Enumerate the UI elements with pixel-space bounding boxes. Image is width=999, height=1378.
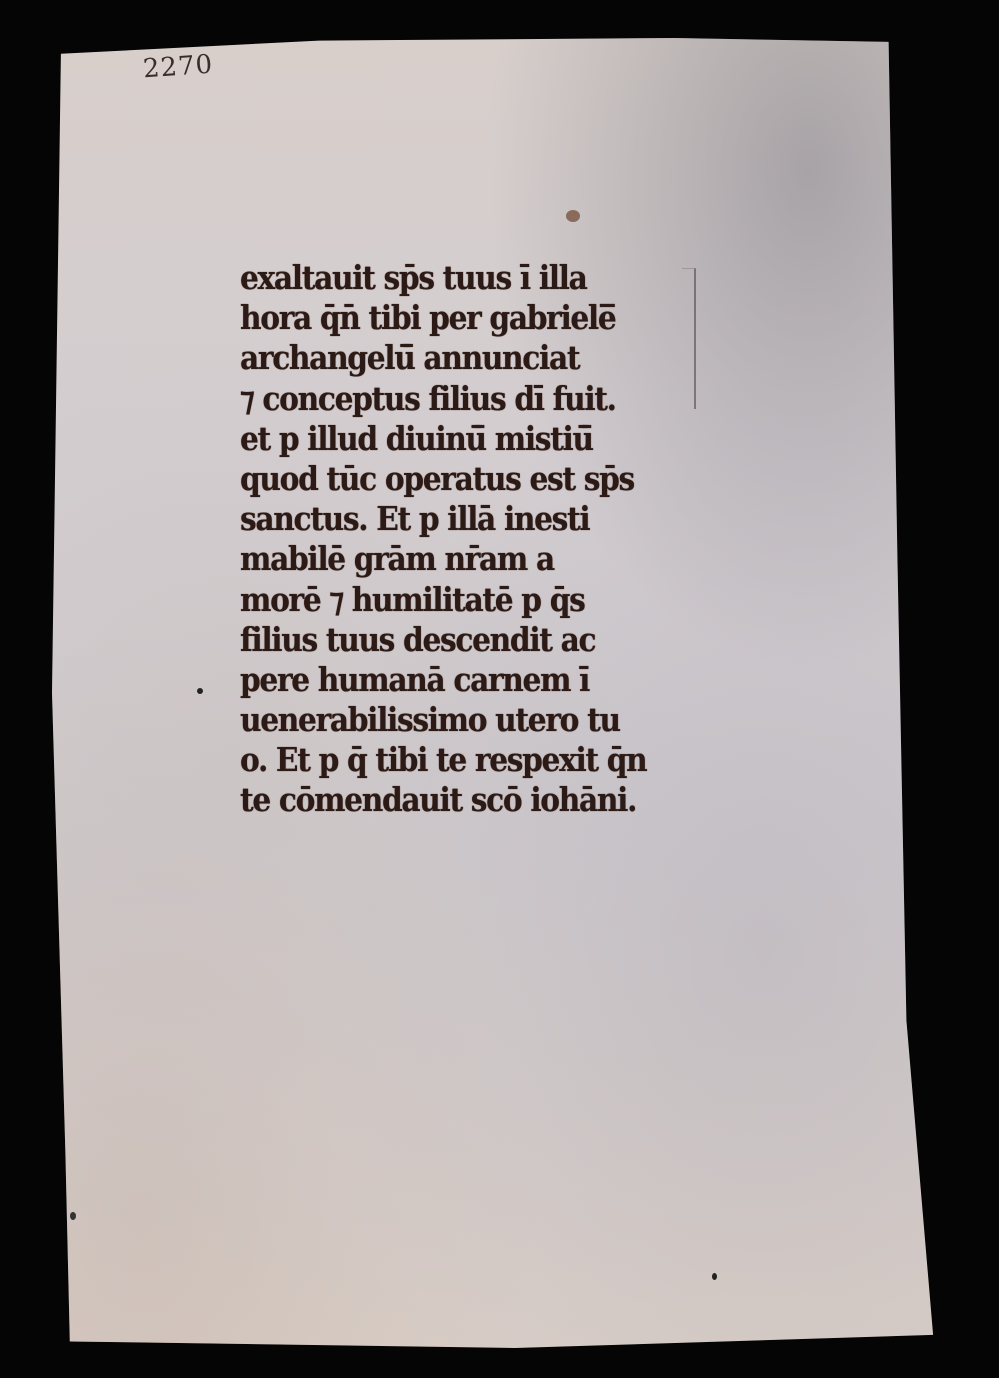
- text-line: archangelū̄ annunciat: [240, 338, 672, 378]
- ink-spot: [712, 1273, 717, 1280]
- text-line: morē ⁊ humilitatē p q̄s: [240, 580, 672, 620]
- ink-spot: [70, 1212, 76, 1220]
- text-line: et p illud diuinū̄ mistiū̄: [240, 419, 672, 459]
- ink-spot: [566, 210, 580, 222]
- manuscript-text-block: exaltauit sp̄s tuus ī illa hora q̄n̄ tib…: [240, 258, 720, 821]
- text-line: ⁊ conceptus filius dī fuit.: [240, 379, 672, 419]
- text-line: te cōmendauit scō iohāni.: [240, 780, 672, 820]
- text-line: mabilē grām nr̄am a: [240, 539, 672, 579]
- text-line: uenerabilissimo utero tu: [240, 700, 672, 740]
- text-line: sanctus. Et p illā inesti: [240, 499, 672, 539]
- shelfmark-number: 2270: [142, 50, 214, 85]
- ink-spot: [197, 688, 203, 694]
- text-line: exaltauit sp̄s tuus ī illa: [240, 258, 672, 298]
- text-line: hora q̄n̄ tibi per gabriele̅: [240, 298, 672, 338]
- text-line: quod tūc operatus est sp̄s: [240, 459, 672, 499]
- text-line: pere humanā carnem ī: [240, 660, 672, 700]
- text-line: o. Et p q̄ tibi te respexit q̄n: [240, 740, 672, 780]
- text-line: filius tuus descendit ac: [240, 620, 672, 660]
